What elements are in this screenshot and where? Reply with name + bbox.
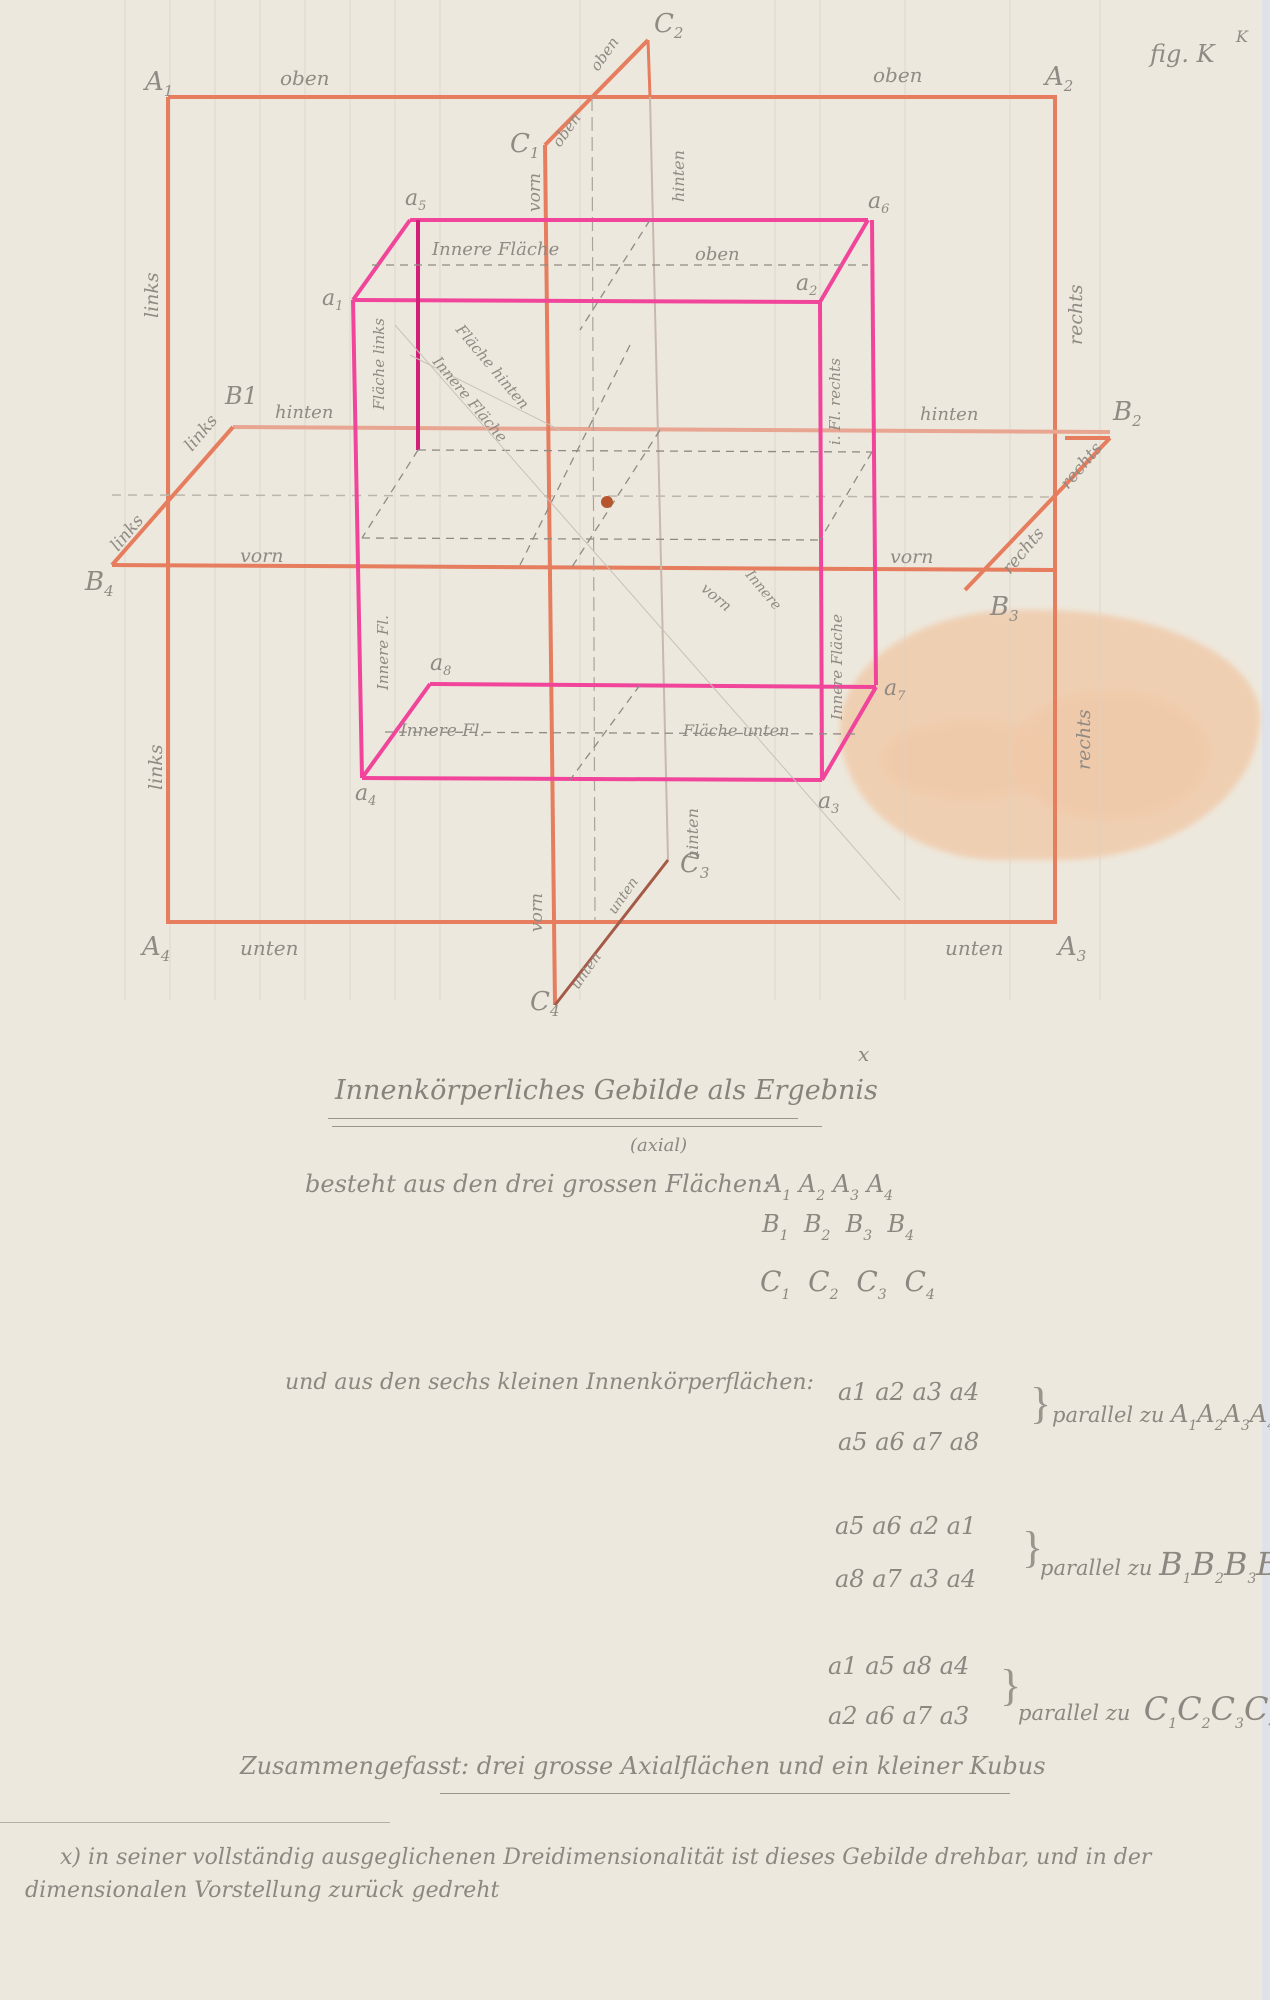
summary-underline <box>440 1793 1010 1794</box>
group-1-row-2: a5 a6 a7 a8 <box>838 1428 979 1456</box>
set-b: B1 B2 B3 B4 <box>762 1210 914 1244</box>
face-label-oben: oben <box>695 244 740 265</box>
notes-line-2: und aus den sechs kleinen Innenkörperflä… <box>285 1370 814 1395</box>
summary-prefix: Zusammengefasst: <box>240 1752 469 1780</box>
face-label-innere: Innere <box>741 567 784 614</box>
group-3-row-1: a1 a5 a8 a4 <box>828 1652 969 1680</box>
group-1-row-1: a1 a2 a3 a4 <box>838 1378 979 1406</box>
edge-label-unten: unten <box>605 875 642 918</box>
face-label-innere-fl: Innere Fl. <box>374 615 392 691</box>
label-A1: A1 <box>143 67 173 100</box>
edge-label-vorn: vorn <box>527 893 547 932</box>
label-A2: A2 <box>1043 62 1073 95</box>
edge-label-oben: oben <box>587 34 623 75</box>
face-label-innere-fl: Innere Fl. <box>399 721 485 741</box>
edge-label-hinten: hinten <box>920 404 978 425</box>
edge-label-oben: oben <box>549 110 585 151</box>
label-B4: B4 <box>84 567 114 600</box>
edge-label-links: links <box>145 744 167 790</box>
footnote-line-1: x) in seiner vollständig ausgeglichenen … <box>60 1845 1151 1870</box>
group-2-parallel: parallel zu B1B2B3B4 <box>1040 1545 1270 1587</box>
figure-label: fig. K <box>1148 40 1217 68</box>
notes-title: Innenkörperliches Gebilde als Ergebnis <box>335 1075 878 1106</box>
figure-label-superscript: K <box>1235 27 1249 46</box>
edge-label-unten: unten <box>945 936 1004 960</box>
plane-c <box>545 40 668 1005</box>
inner-cube <box>353 220 876 780</box>
label-B1: B1 <box>224 382 258 410</box>
brace: } <box>1030 1378 1051 1429</box>
hidden-edges <box>362 220 872 780</box>
line1-text: besteht aus den drei grossen Flächen: <box>305 1170 771 1198</box>
label-a4: a4 <box>355 781 376 809</box>
label-a8: a8 <box>430 651 451 679</box>
label-C1: C1 <box>510 129 539 162</box>
edge-label-rechts: rechts <box>1073 709 1095 770</box>
edge-label-unten: unten <box>568 950 605 993</box>
label-A3: A3 <box>1056 932 1086 965</box>
insert-axial: (axial) <box>630 1135 687 1156</box>
label-a2: a2 <box>796 271 817 299</box>
label-B3: B3 <box>989 592 1019 625</box>
label-a3: a3 <box>818 789 839 817</box>
face-label-innere-flaeche: Innere Fläche <box>431 239 559 260</box>
label-a7: a7 <box>884 676 906 704</box>
footnote-mark: x <box>858 1042 869 1066</box>
edge-label-hinten: hinten <box>683 808 702 860</box>
axial-planes-diagram: A1 A2 A3 A4 oben oben unten unten links … <box>0 0 1262 1020</box>
edge-label-hinten: hinten <box>275 402 333 423</box>
edge-label-unten: unten <box>240 936 299 960</box>
label-B2: B2 <box>1112 397 1142 430</box>
edge-label-vorn: vorn <box>525 173 545 212</box>
face-label-flaeche-links: Fläche links <box>370 318 388 411</box>
title-underline <box>332 1126 822 1127</box>
group-3-parallel: parallel zu C1C2C3C4 <box>1018 1690 1270 1732</box>
notes-line-1: besteht aus den drei grossen Flächen: <box>305 1170 771 1198</box>
edge-label-rechts: rechts <box>1065 284 1087 345</box>
label-A4: A4 <box>140 932 170 965</box>
set-c: C1 C2 C3 C4 <box>760 1265 935 1303</box>
face-label-rechts: i. Fl. rechts <box>826 358 844 445</box>
edge-label-links: links <box>141 272 163 318</box>
edge-label-vorn: vorn <box>240 545 284 567</box>
group-3-row-2: a2 a6 a7 a3 <box>828 1702 969 1730</box>
edge-label-rechts: rechts <box>1057 439 1107 494</box>
footnote-separator <box>0 1822 390 1823</box>
face-label-flaeche-unten: Fläche unten <box>682 721 789 740</box>
set-a: A1 A2 A3 A4 <box>765 1170 893 1204</box>
label-a5: a5 <box>405 186 426 214</box>
summary-line: Zusammengefasst: drei grosse Axialfläche… <box>240 1752 1046 1780</box>
face-label-innere-flaeche: Innere Fläche <box>828 614 846 721</box>
center-point <box>601 496 613 508</box>
group-2-row-2: a8 a7 a3 a4 <box>835 1565 976 1593</box>
title-underline <box>328 1118 798 1119</box>
edge-label-oben: oben <box>280 66 330 90</box>
footnote-line-2: dimensionalen Vorstellung zurück gedreht <box>25 1878 499 1903</box>
label-C2: C2 <box>654 9 683 42</box>
edge-label-hinten: hinten <box>669 150 688 202</box>
label-a6: a6 <box>868 189 889 217</box>
edge-label-vorn: vorn <box>890 546 934 568</box>
edge-label-oben: oben <box>873 63 923 87</box>
face-label-vorn: vorn <box>697 579 735 615</box>
group-1-parallel: parallel zu A1A2A3A4 <box>1052 1400 1270 1434</box>
label-a1: a1 <box>322 286 343 314</box>
summary-text: drei grosse Axialflächen und ein kleiner… <box>477 1752 1046 1780</box>
group-2-row-1: a5 a6 a2 a1 <box>835 1512 976 1540</box>
